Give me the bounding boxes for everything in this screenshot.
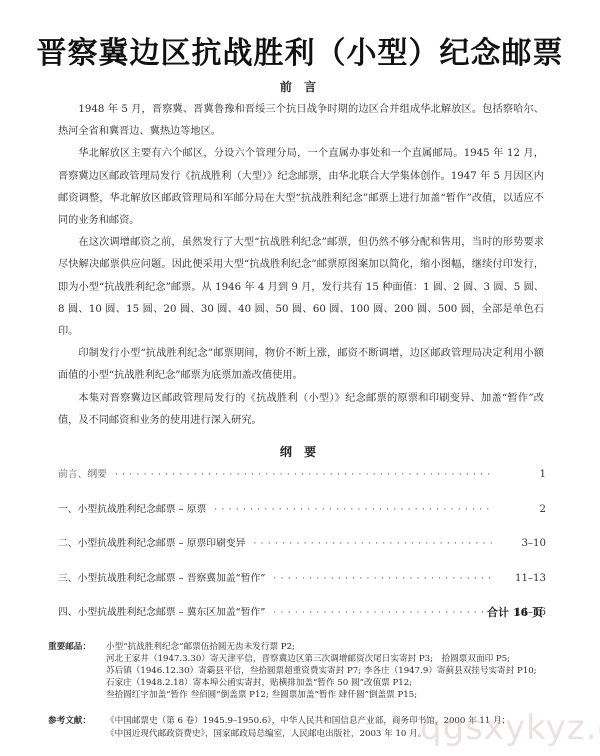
- outline-item: 四、小型抗战胜利纪念邮票 – 冀东区加盖“暂作” ···············…: [58, 604, 546, 639]
- outline-item-page: 11–13: [502, 573, 546, 584]
- preface-paragraph: 1948 年 5 月，晋察冀、晋冀鲁豫和晋绥三个抗日战争时期的边区合并组成华北解…: [58, 99, 544, 143]
- important-item-line: 河北王家井（1947.3.30）寄天津平信，晋察冀边区第三次调增邮资次尾日实寄封…: [106, 653, 588, 665]
- outline-item-label: 四、小型抗战胜利纪念邮票 – 冀东区加盖“暂作”: [58, 604, 265, 618]
- outline-list: 前言、纲要 ··································…: [58, 466, 546, 639]
- important-items: 重要邮品： 小型“抗战胜利纪念”邮票伍拾圆无齿未发行票 P2; 河北王家井（19…: [48, 641, 588, 701]
- leader-dots: ········································…: [214, 505, 494, 515]
- leader-dots: ········································…: [253, 539, 494, 549]
- outline-item-page: 3–10: [502, 538, 546, 549]
- outline-item-label: 一、小型抗战胜利纪念邮票 – 原票: [58, 501, 206, 515]
- important-item-line: 石家庄（1948.2.18）寄本埠公函实寄封，贴横排加盖“暂作 50 圆”改值票…: [106, 677, 588, 689]
- leader-dots: ········································…: [273, 608, 494, 618]
- leader-dots: ········································…: [115, 470, 494, 480]
- leader-dots: ········································…: [273, 574, 494, 584]
- outline-item: 一、小型抗战胜利纪念邮票 – 原票 ······················…: [58, 501, 546, 536]
- preface-paragraph: 本集对晋察冀边区邮政管理局发行的《抗战胜利（小型）》纪念邮票的原票和印刷变异、加…: [58, 388, 544, 432]
- preface-paragraph: 印制发行小型“抗战胜利纪念”邮票期间，物价不断上涨，邮资不断调增，边区邮政管理局…: [58, 343, 544, 387]
- important-item-line: 苏后镇（1946.12.30）寄霸县平信，叁拾圆票超重资费实寄封 P7; 李各庄…: [106, 665, 588, 677]
- preface-body: 1948 年 5 月，晋察冀、晋冀鲁豫和晋绥三个抗日战争时期的边区合并组成华北解…: [58, 99, 544, 432]
- outline-item-label: 前言、纲要: [58, 466, 107, 480]
- outline-item: 三、小型抗战胜利纪念邮票 – 晋察冀加盖“暂作” ···············…: [58, 570, 546, 605]
- outline-item-page: 2: [502, 504, 546, 515]
- important-item-line: 叁拾圆红字加盖“暂作 叁佰圆”倒盖票 P12; 叁圆票加盖“暂作 肆仟圆”倒盖票…: [106, 689, 588, 701]
- outline-item: 二、小型抗战胜利纪念邮票 – 原票印刷变异 ··················…: [58, 535, 546, 570]
- preface-paragraph: 华北解放区主要有六个邮区，分设六个管理分局，一个直属办事处和一个直属邮局。194…: [58, 143, 544, 232]
- references-label: 参考文献：: [48, 715, 106, 739]
- watermark: qgsxykyz.com: [420, 708, 600, 748]
- outline-item-page: 1: [502, 469, 546, 480]
- outline-item: 前言、纲要 ··································…: [58, 466, 546, 501]
- outline-heading: 纲 要: [0, 443, 600, 460]
- document-title: 晋察冀边区抗战胜利（小型）纪念邮票: [0, 28, 600, 72]
- outline-item-label: 三、小型抗战胜利纪念邮票 – 晋察冀加盖“暂作”: [58, 570, 265, 584]
- outline-item-label: 二、小型抗战胜利纪念邮票 – 原票印刷变异: [58, 535, 245, 549]
- preface-heading: 前 言: [0, 78, 600, 95]
- important-items-label: 重要邮品：: [48, 641, 106, 701]
- preface-paragraph: 在这次调增邮资之前，虽然发行了大型“抗战胜利纪念”邮票，但仍然不够分配和售用，当…: [58, 232, 544, 343]
- page-total: 合计 16 页: [487, 604, 543, 620]
- important-item-line: 小型“抗战胜利纪念”邮票伍拾圆无齿未发行票 P2;: [106, 641, 588, 653]
